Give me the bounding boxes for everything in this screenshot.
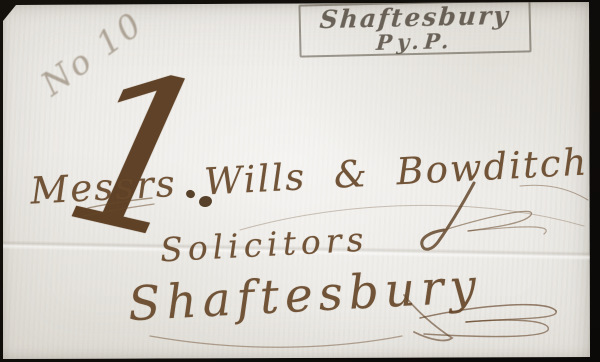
handstamp-town-name: Shaftesbury <box>319 3 511 32</box>
letter-photo: No 10 Shaftesbury Py.P. 1 Messrs Wills &… <box>0 0 600 362</box>
boxed-penny-post-handstamp: Shaftesbury Py.P. <box>298 0 531 58</box>
address-line-occupation: Solicitors <box>159 223 369 267</box>
letter-paper: No 10 Shaftesbury Py.P. 1 Messrs Wills &… <box>0 0 600 362</box>
handstamp-pyp-line: Py.P. <box>376 30 455 53</box>
